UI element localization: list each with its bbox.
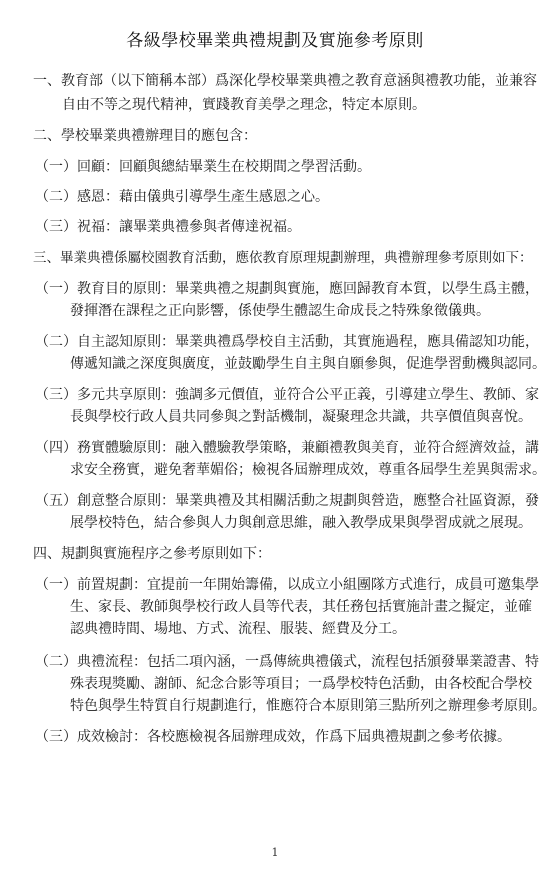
section-3-item-3-line-2: 長與學校行政人員共同參與之對話機制，凝聚理念共識，共享價值與喜悅。 <box>70 408 532 426</box>
section-2-heading: 二、學校畢業典禮辦理目的應包含： <box>33 127 257 145</box>
section-3-item-1-line-1: （一）教育目的原則：畢業典禮之規劃與實施，應回歸教育本質，以學生爲主體， <box>35 280 539 298</box>
section-3-heading: 三、畢業典禮係屬校園教育活動，應依教育原理規劃辦理，典禮辦理參考原則如下： <box>33 249 533 267</box>
page-number: 1 <box>0 846 550 859</box>
section-2-item-1: （一）回顧：回顧與總結畢業生在校期間之學習活動。 <box>35 158 371 176</box>
section-2-item-2: （二）感恩：藉由儀典引導學生產生感恩之心。 <box>35 188 329 206</box>
section-1-line-2: 自由不等之現代精神，實踐教育美學之理念，特定本原則。 <box>62 96 426 114</box>
section-4-item-1-line-1: （一）前置規劃：宜提前一年開始籌備，以成立小組團隊方式進行，成員可邀集學 <box>35 576 539 594</box>
section-4-item-3-line-1: （三）成效檢討：各校應檢視各屆辦理成效，作爲下屆典禮規劃之參考依據。 <box>35 728 511 746</box>
section-4-item-2-line-1: （二）典禮流程：包括二項內涵，一爲傳統典禮儀式，流程包括頒發畢業證書、特 <box>35 653 539 671</box>
section-4-item-1-line-2: 生、家長、教師與學校行政人員等代表，其任務包括實施計畫之擬定，並確 <box>70 598 532 616</box>
section-3-item-5-line-1: （五）創意整合原則：畢業典禮及其相關活動之規劃與營造，應整合社區資源，發 <box>35 492 539 510</box>
section-4-heading: 四、規劃與實施程序之參考原則如下： <box>33 545 271 563</box>
section-4-item-1-line-3: 認典禮時間、場地、方式、流程、服裝、經費及分工。 <box>70 620 406 638</box>
section-3-item-3-line-1: （三）多元共享原則：強調多元價值，並符合公平正義，引導建立學生、教師、家 <box>35 386 539 404</box>
section-3-item-2-line-1: （二）自主認知原則：畢業典禮爲學校自主活動，其實施過程，應具備認知功能， <box>35 333 539 351</box>
document-page: 各級學校畢業典禮規劃及實施參考原則 一、教育部（以下簡稱本部）爲深化學校畢業典禮… <box>0 0 550 870</box>
section-3-item-5-line-2: 展學校特色，結合參與人力與創意思維，融入教學成果與學習成就之展現。 <box>70 514 532 532</box>
section-3-item-2-line-2: 傳遞知識之深度與廣度，並鼓勵學生自主與自願參與，促進學習動機與認同。 <box>70 355 546 373</box>
section-1-line-1: 一、教育部（以下簡稱本部）爲深化學校畢業典禮之教育意涵與禮教功能，並兼容 <box>33 72 537 90</box>
section-2-item-3: （三）祝福：讓畢業典禮參與者傳達祝福。 <box>35 218 301 236</box>
section-4-item-2-line-3: 特色與學生特質自行規劃進行，惟應符合本原則第三點所列之辦理參考原則。 <box>70 697 546 715</box>
section-4-item-2-line-2: 殊表現獎勵、謝師、紀念合影等項目；一爲學校特色活動，由各校配合學校 <box>70 675 532 693</box>
section-3-item-4-line-1: （四）務實體驗原則：融入體驗教學策略，兼顧禮教與美育，並符合經濟效益，講 <box>35 439 539 457</box>
section-3-item-4-line-2: 求安全務實，避免奢華媚俗；檢視各屆辦理成效，尊重各屆學生差異與需求。 <box>70 461 546 479</box>
document-title: 各級學校畢業典禮規劃及實施參考原則 <box>0 26 550 51</box>
section-3-item-1-line-2: 發揮潛在課程之正向影響，係使學生體認生命成長之特殊象徵儀典。 <box>70 302 490 320</box>
